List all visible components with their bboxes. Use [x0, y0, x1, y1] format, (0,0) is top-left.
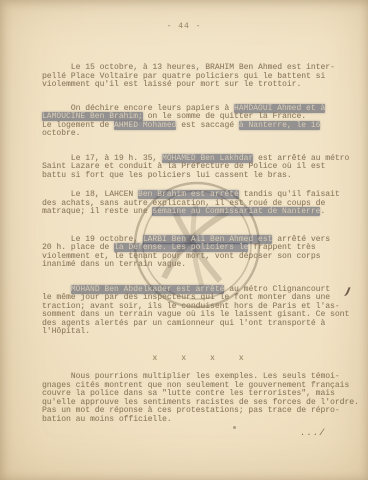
text-line: octobre. — [42, 130, 354, 139]
text-line: l'Hôpital. — [42, 328, 354, 337]
paragraph: Le 17, à 19 h. 35, MOHAMED Ben Lakhdar e… — [42, 155, 354, 181]
scanned-document-page: - 44 - Le 15 octobre, à 13 heures, BRAHI… — [0, 0, 368, 480]
text-line: Le logement de AHMED Mohamed est saccagé… — [42, 122, 354, 131]
highlighted-name: à Nanterre, le 16 — [239, 121, 321, 130]
section-separator: x x x x — [42, 355, 354, 364]
paragraph: Nous pourrions multiplier les exemples. … — [42, 373, 354, 424]
continuation-mark: .../ — [299, 428, 326, 438]
text-line: violemment qu'il est laissé pour mort su… — [42, 81, 354, 90]
smudge-dot — [233, 426, 236, 429]
highlighted-name: semaine au Commissariat de Nanterre — [152, 207, 320, 216]
text-line: inanimé dans un terrain vague. — [42, 261, 354, 270]
paragraph: Le 19 octobre, LARBI Ben Ali Ben Ahmed e… — [42, 236, 354, 270]
text-line: bation au moins officielle. — [42, 416, 354, 425]
text-line: battu si fort que les policiers lui cass… — [42, 172, 354, 181]
paragraph: Le 18, LAHCEN Ben Brahim est arrêté tand… — [42, 191, 354, 217]
paragraph: MOHAND Ben Abdelkader est arrêté au métr… — [42, 286, 354, 337]
paragraph: Le 15 octobre, à 13 heures, BRAHIM Ben A… — [42, 64, 354, 90]
page-number: - 44 - — [0, 22, 368, 31]
text-block: Le 15 octobre, à 13 heures, BRAHIM Ben A… — [42, 64, 354, 424]
paragraph: On déchire encore leurs papiers à HAMDAO… — [42, 105, 354, 139]
text-line: matraque; il reste une semaine au Commis… — [42, 208, 354, 217]
highlighted-name: AHMED Mohamed — [114, 121, 176, 130]
